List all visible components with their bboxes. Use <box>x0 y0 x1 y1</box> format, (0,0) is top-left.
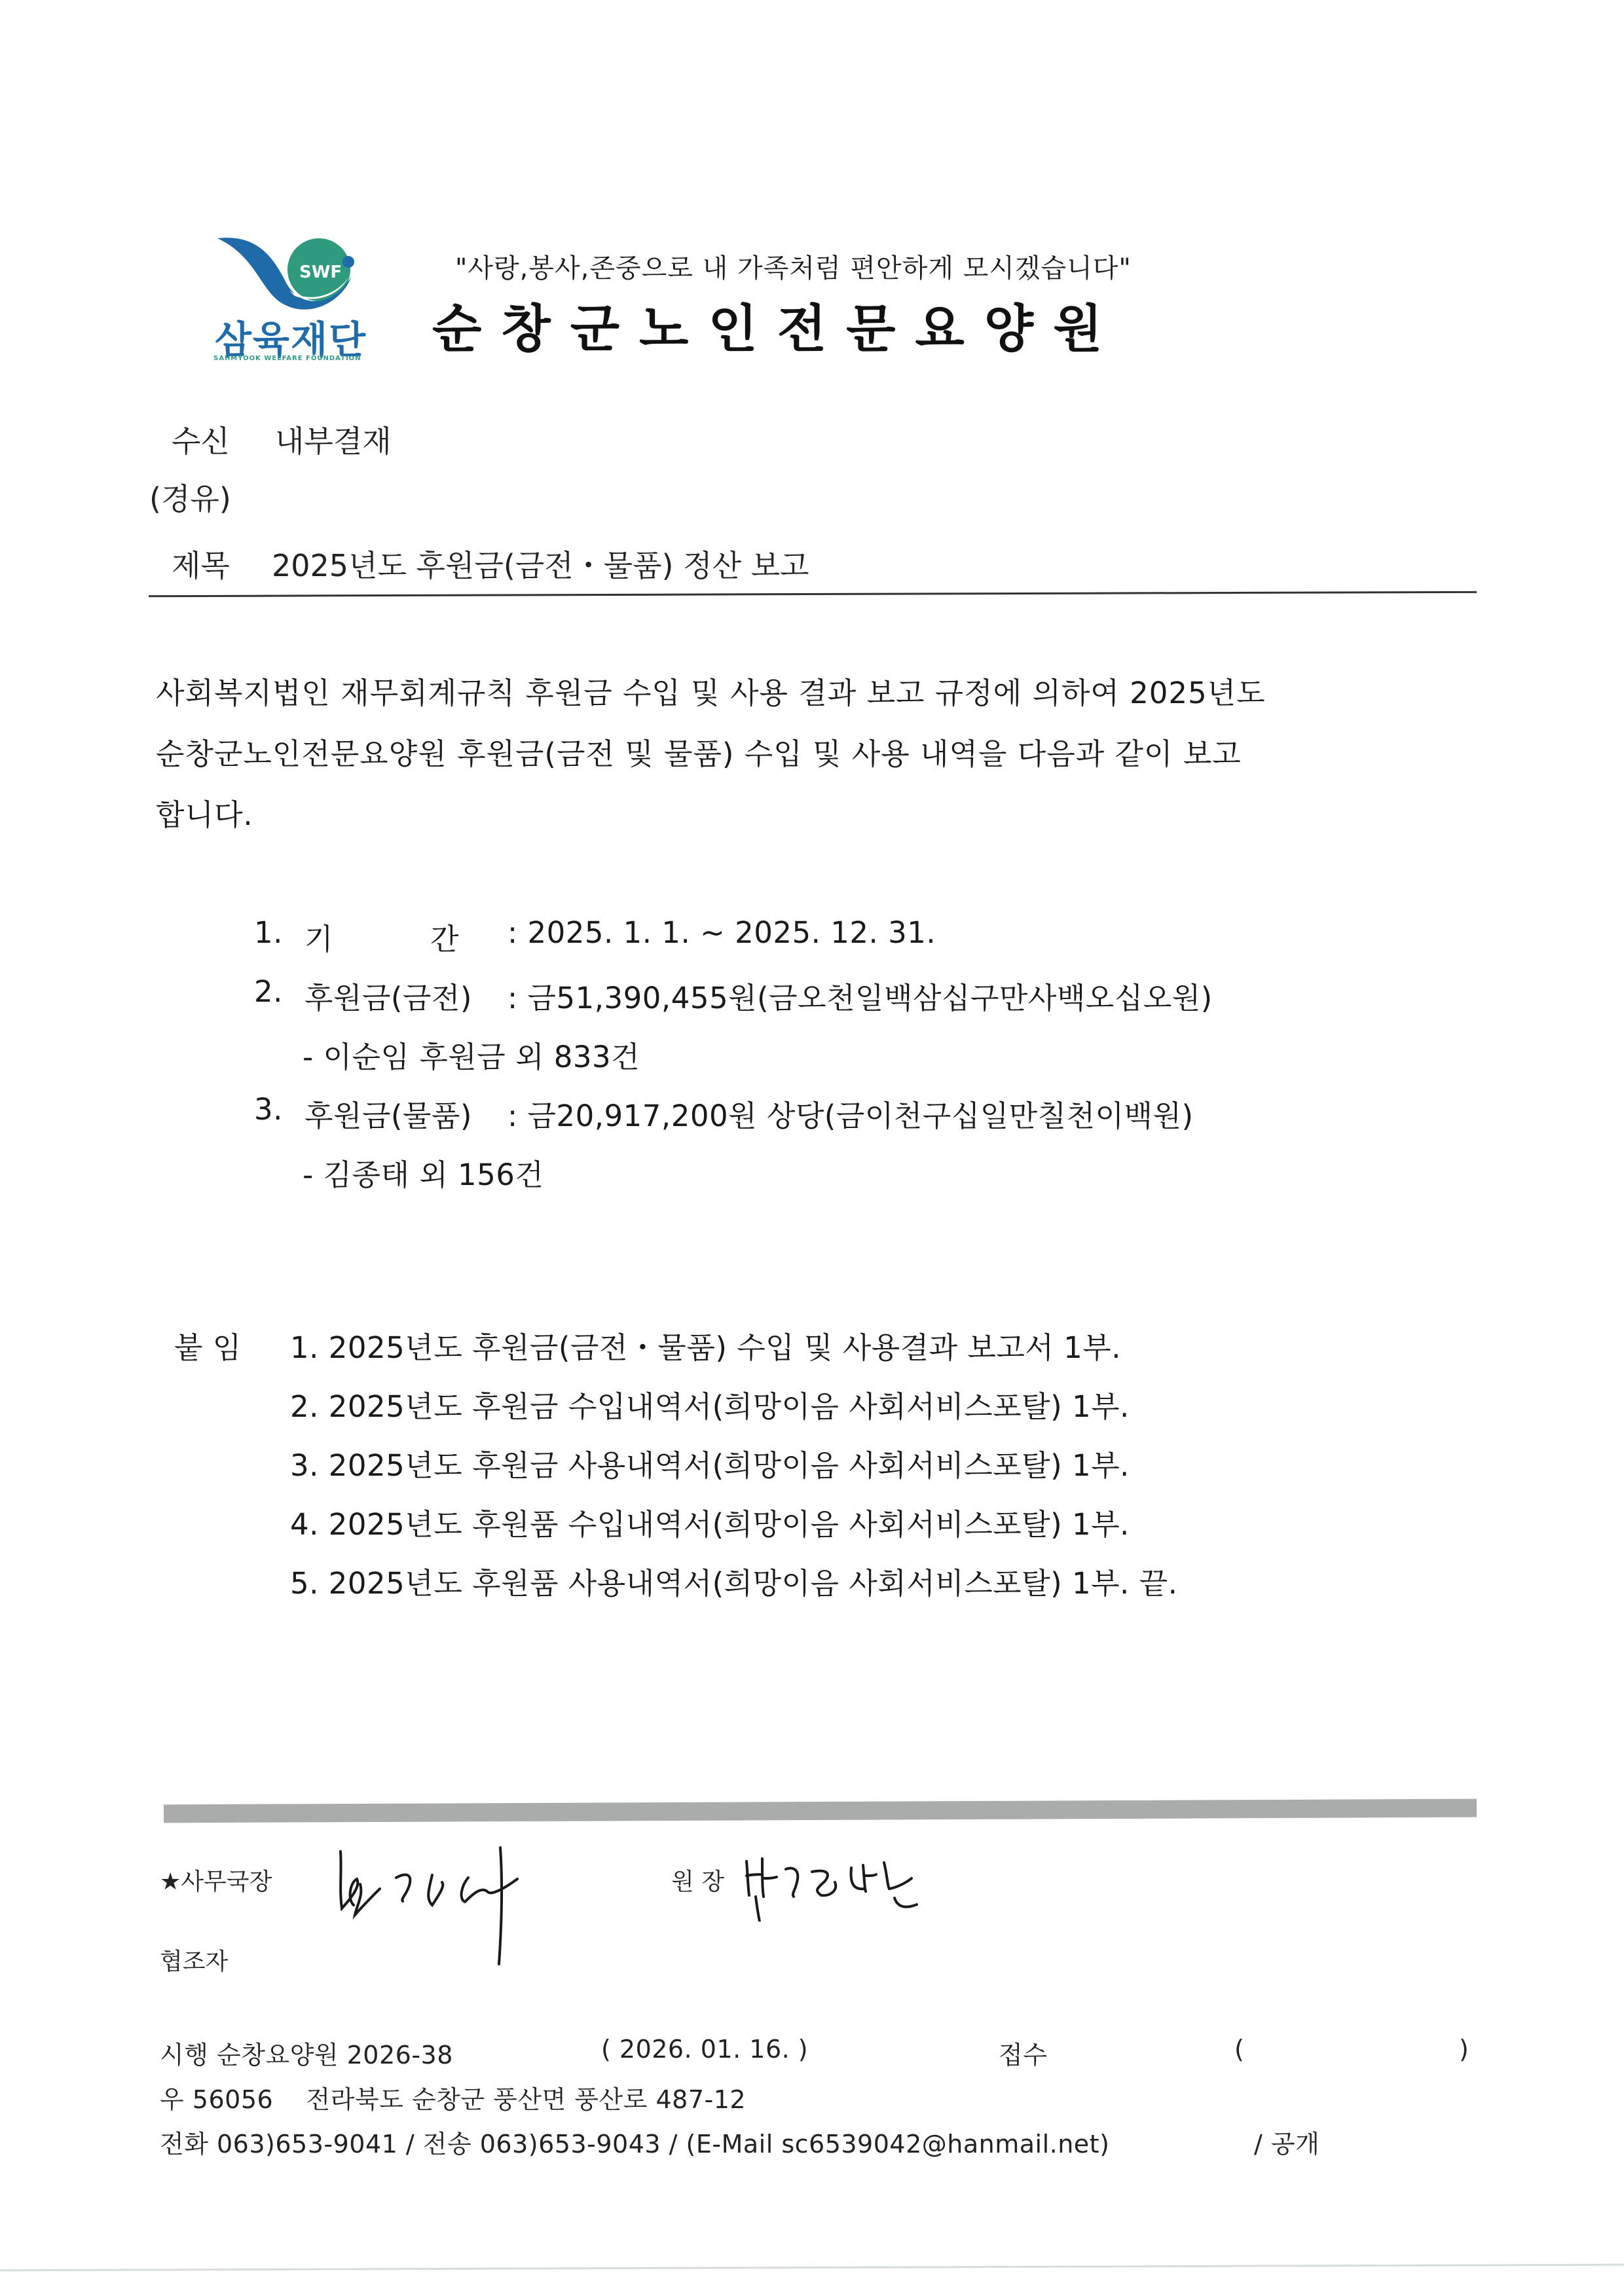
approval-divider-bar <box>164 1799 1477 1823</box>
item-number: 1. <box>254 915 283 950</box>
disclosure-status: / 공개 <box>1254 2124 1319 2160</box>
attachments-label: 붙 임 <box>174 1324 242 1366</box>
director-signature-icon <box>740 1850 923 1922</box>
item-value: : 금20,917,200원 상당(금이천구십일만칠천이백원) <box>507 1092 1194 1135</box>
item-value: : 2025. 1. 1. ~ 2025. 12. 31. <box>507 915 936 950</box>
postal-address: 우 56056 전라북도 순창군 풍산면 풍산로 487-12 <box>160 2079 746 2115</box>
attachment-item: 5. 2025년도 후원품 사용내역서(희망이음 사회서비스포탈) 1부. 끝. <box>290 1559 1177 1602</box>
attachment-item: 3. 2025년도 후원금 사용내역서(희망이음 사회서비스포탈) 1부. <box>290 1442 1130 1484</box>
body-line: 사회복지법인 재무회계규칙 후원금 수입 및 사용 결과 보고 규정에 의하여 … <box>156 669 1266 712</box>
organization-title: 순창군노인전문요양원 <box>432 288 1122 361</box>
body-line: 순창군노인전문요양원 후원금(금전 및 물품) 수입 및 사용 내역을 다음과 … <box>156 730 1242 773</box>
director-label: 원 장 <box>671 1863 724 1897</box>
attachment-item: 2. 2025년도 후원금 수입내역서(희망이음 사회서비스포탈) 1부. <box>290 1383 1130 1425</box>
item-label: 후원금(물품) <box>304 1092 472 1135</box>
secretary-signature-icon <box>327 1833 550 1971</box>
attachment-item: 4. 2025년도 후원품 수입내역서(희망이음 사회서비스포탈) 1부. <box>290 1501 1130 1543</box>
item-number: 2. <box>254 974 283 1009</box>
item-detail: - 김종태 외 156건 <box>303 1151 544 1194</box>
contact-info: 전화 063)653-9041 / 전송 063)653-9043 / (E-M… <box>160 2124 1109 2160</box>
item-detail: - 이순임 후원금 외 833건 <box>303 1033 640 1076</box>
foundation-logo: SWF 삼육재단 SAHMYOOK WELFARE FOUNDATION <box>211 230 375 361</box>
foundation-subtitle: SAHMYOOK WELFARE FOUNDATION <box>213 355 361 362</box>
subject-title: 2025년도 후원금(금전・물품) 정산 보고 <box>272 542 809 585</box>
subject-divider <box>149 591 1477 597</box>
receipt-label: 접수 <box>999 2035 1047 2071</box>
receipt-close-paren: ) <box>1459 2035 1469 2064</box>
enforcement-date: ( 2026. 01. 16. ) <box>601 2035 808 2064</box>
page-edge-line <box>0 2264 1624 2272</box>
body-line: 합니다. <box>156 791 253 833</box>
receipt-open-paren: ( <box>1234 2035 1244 2064</box>
recipient-value: 내부결재 <box>275 418 392 461</box>
item-value: : 금51,390,455원(금오천일백삼십구만사백오십오원) <box>507 974 1213 1017</box>
enforcement-number: 시행 순창요양원 2026-38 <box>160 2035 453 2071</box>
item-label: 후원금(금전) <box>304 974 472 1017</box>
motto: "사랑,봉사,존중으로 내 가족처럼 편안하게 모시겠습니다" <box>455 247 1132 285</box>
swf-emblem-icon: SWF <box>211 230 375 316</box>
recipient-label: 수신 <box>172 418 230 461</box>
cooperator-label: 협조자 <box>160 1943 228 1977</box>
attachment-item: 1. 2025년도 후원금(금전・물품) 수입 및 사용결과 보고서 1부. <box>290 1324 1121 1366</box>
svg-text:SWF: SWF <box>299 263 342 282</box>
item-label: 기 간 <box>304 915 459 958</box>
secretary-label: ★사무국장 <box>160 1863 272 1897</box>
item-number: 3. <box>254 1092 283 1127</box>
via-label: (경유) <box>149 475 231 519</box>
subject-label: 제목 <box>172 542 230 585</box>
